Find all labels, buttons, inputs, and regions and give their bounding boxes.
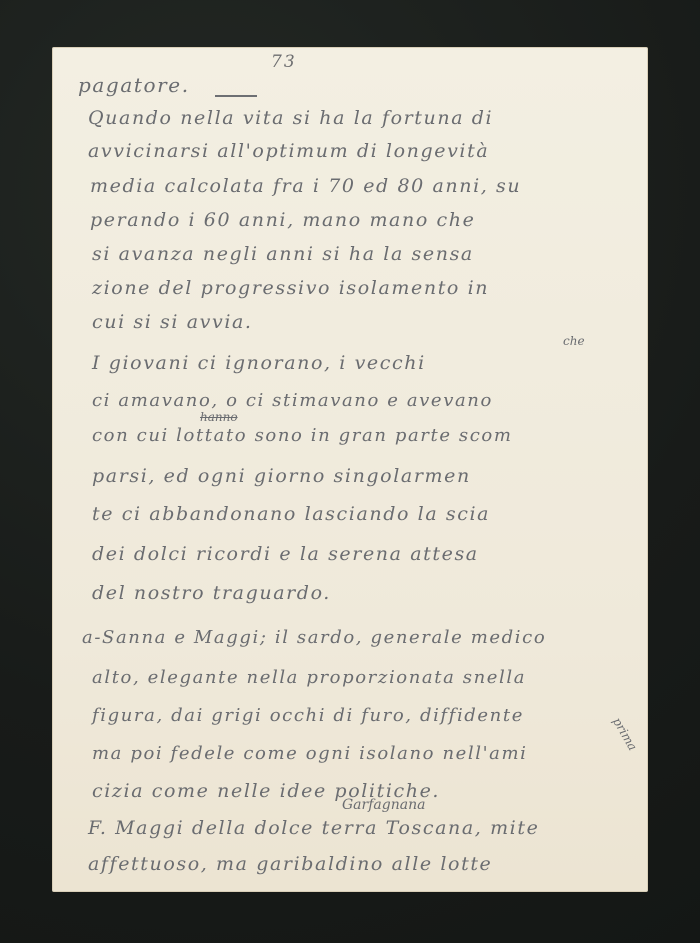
text-line-15: del nostro traguardo. (92, 582, 331, 604)
text-line-17: alto, elegante nella proporzionata snell… (92, 667, 526, 688)
manuscript-page: 73 pagatore. Quando nella vita si ha la … (52, 47, 648, 892)
text-line-1: pagatore. (78, 73, 190, 97)
text-line-22: affettuoso, ma garibaldino alle lotte (88, 853, 492, 875)
text-line-4: media calcolata fra i 70 ed 80 anni, su (90, 175, 521, 197)
text-line-2: Quando nella vita si ha la fortuna di (88, 107, 493, 129)
text-line-21: F. Maggi della dolce terra Toscana, mite (88, 817, 539, 839)
insertion-hanno: hanno (200, 410, 238, 424)
insertion-che: che (563, 334, 585, 348)
text-line-6: si avanza negli anni si ha la sensa (92, 243, 474, 265)
separator-rule (215, 95, 257, 97)
text-line-5: perando i 60 anni, mano mano che (90, 209, 475, 231)
text-line-19: ma poi fedele come ogni isolano nell'ami (92, 743, 528, 764)
insertion-garfagnana: Garfagnana (342, 797, 425, 813)
text-line-13: te ci abbandonano lasciando la scia (92, 503, 490, 525)
text-line-3: avvicinarsi all'optimum di longevità (88, 140, 489, 162)
text-line-10: ci amavano, o ci stimavano e avevano (92, 390, 493, 411)
margin-note-prima: prima (610, 715, 640, 753)
text-line-14: dei dolci ricordi e la serena attesa (92, 543, 479, 565)
text-line-9: I giovani ci ignorano, i vecchi (92, 352, 426, 374)
text-line-12: parsi, ed ogni giorno singolarmen (92, 465, 471, 487)
text-line-16: a-Sanna e Maggi; il sardo, generale medi… (82, 627, 546, 648)
text-line-18: figura, dai grigi occhi di furo, diffide… (92, 705, 524, 726)
text-line-7: zione del progressivo isolamento in (92, 277, 489, 299)
page-number: 73 (271, 52, 297, 72)
text-line-11: con cui lottato sono in gran parte scom (92, 425, 513, 446)
text-line-8: cui si si avvia. (92, 311, 253, 333)
